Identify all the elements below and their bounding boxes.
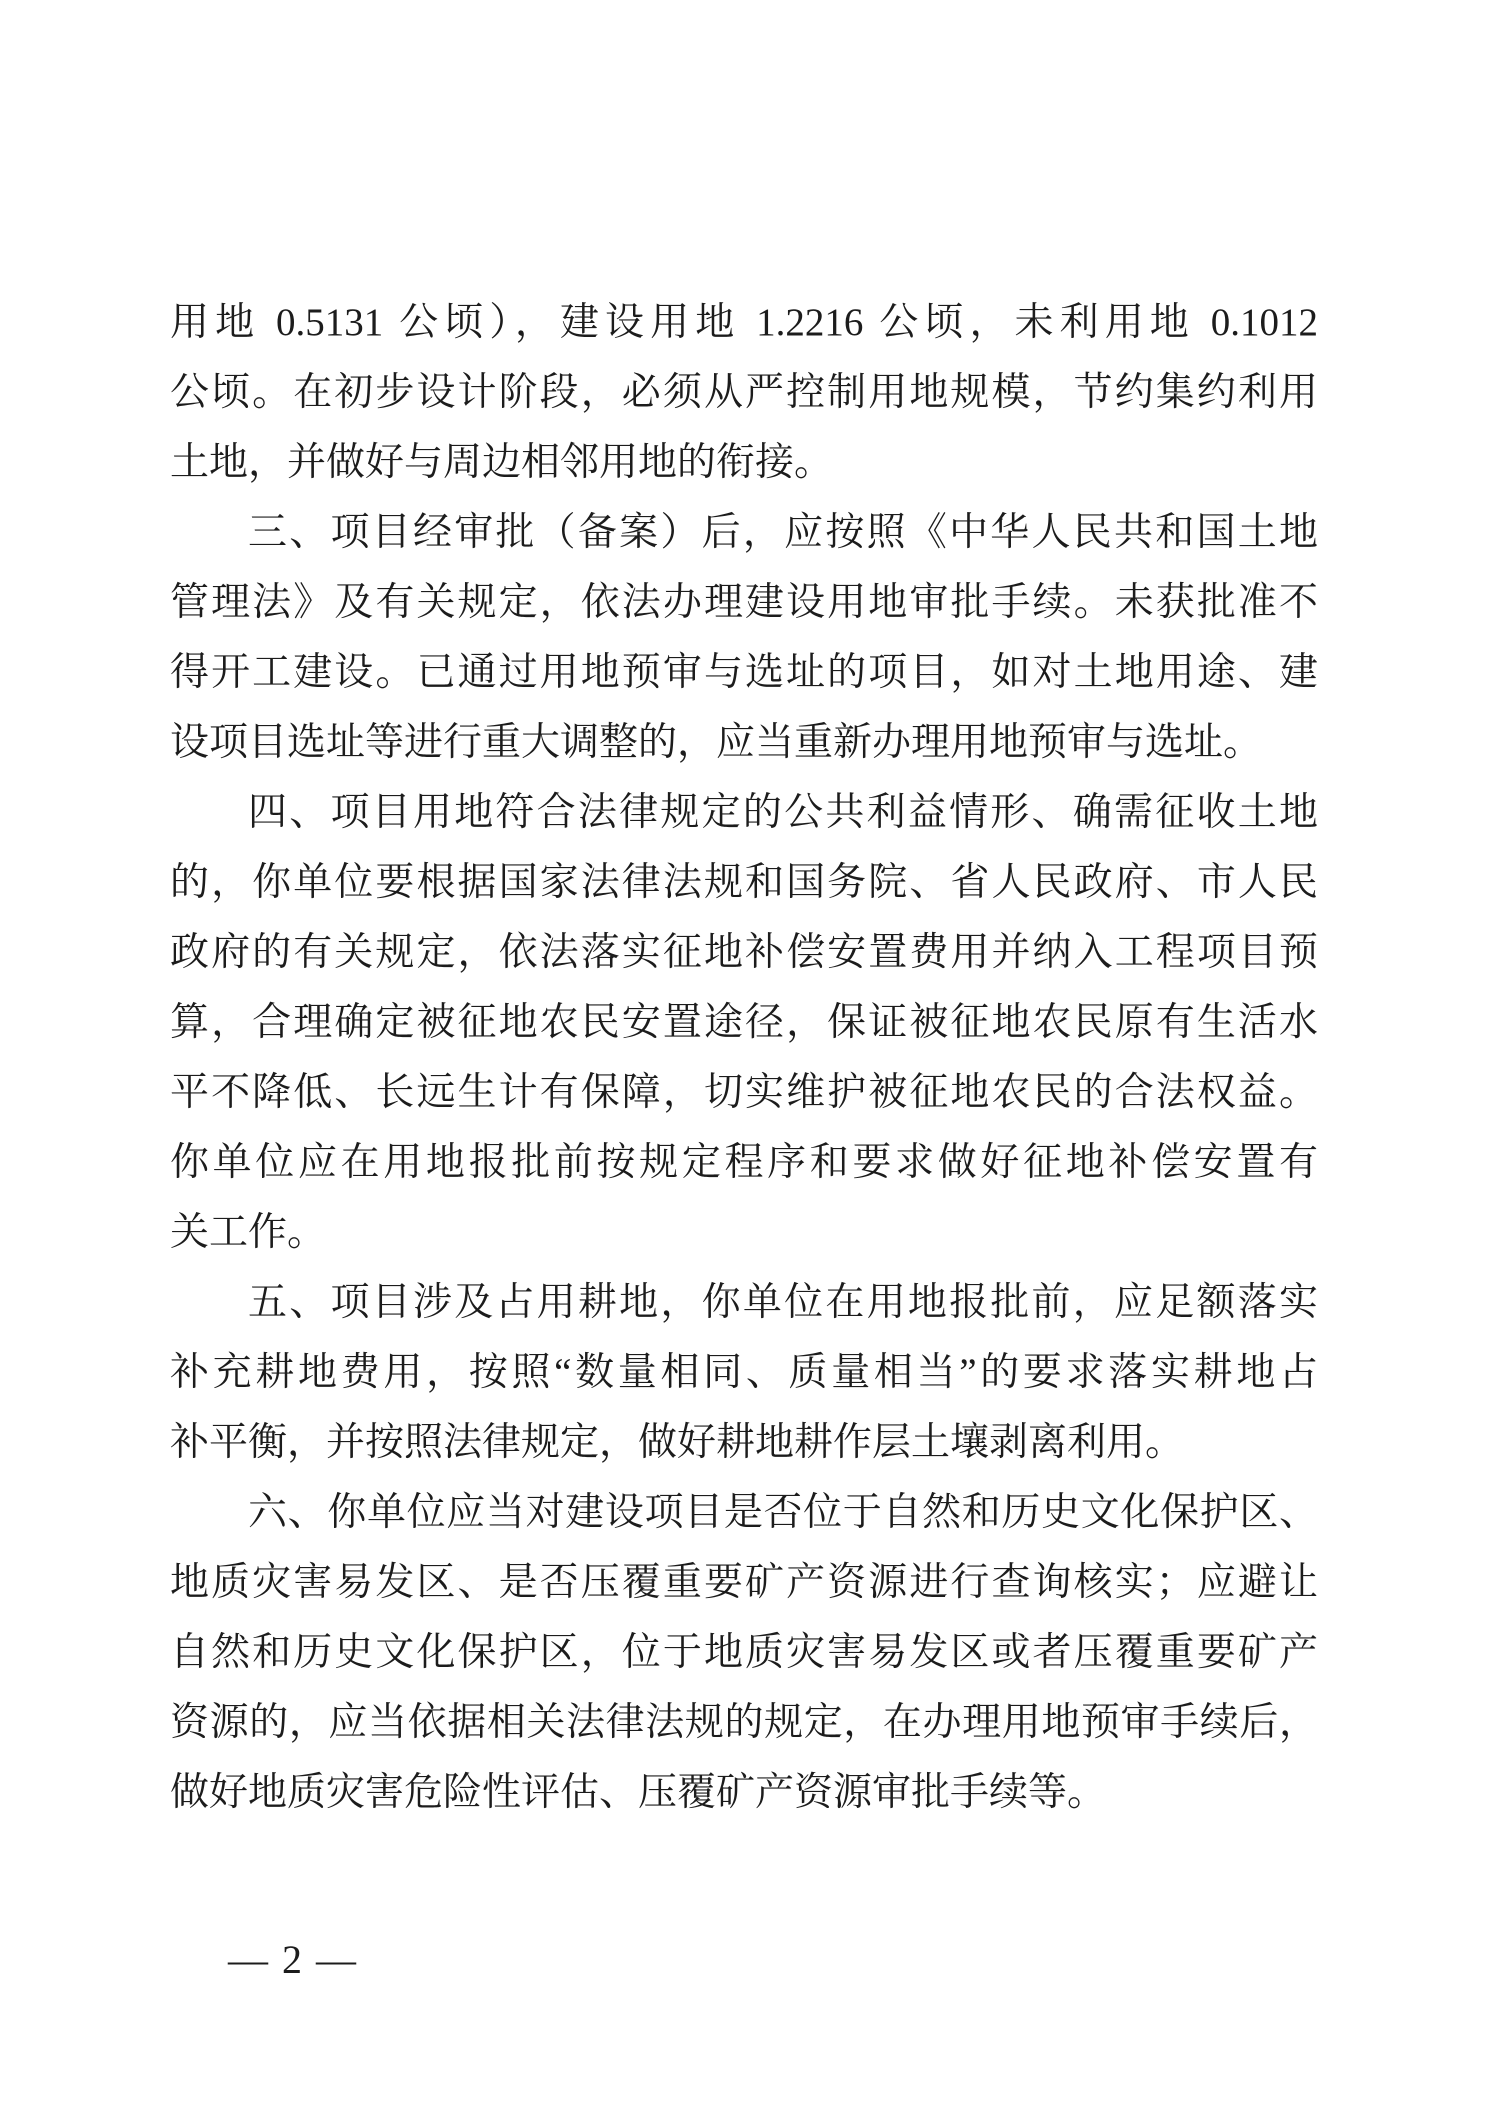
document-line: 土地，并做好与周边相邻用地的衔接。 [170,428,1318,498]
document-line: 用地 0.5131 公顷），建设用地 1.2216 公顷，未利用地 0.1012 [170,288,1318,358]
document-line: 四、项目用地符合法律规定的公共利益情形、确需征收土地 [170,778,1318,848]
document-line: 补充耕地费用，按照“数量相同、质量相当”的要求落实耕地占 [170,1338,1318,1408]
document-line: 自然和历史文化保护区，位于地质灾害易发区或者压覆重要矿产 [170,1618,1318,1688]
document-page: 用地 0.5131 公顷），建设用地 1.2216 公顷，未利用地 0.1012… [0,0,1488,2104]
document-line: 你单位应在用地报批前按规定程序和要求做好征地补偿安置有 [170,1128,1318,1198]
document-line: 五、项目涉及占用耕地，你单位在用地报批前，应足额落实 [170,1268,1318,1338]
document-line: 设项目选址等进行重大调整的，应当重新办理用地预审与选址。 [170,708,1318,778]
document-line: 资源的，应当依据相关法律法规的规定，在办理用地预审手续后， [170,1688,1318,1758]
document-line: 六、你单位应当对建设项目是否位于自然和历史文化保护区、 [170,1478,1318,1548]
document-line: 算，合理确定被征地农民安置途径，保证被征地农民原有生活水 [170,988,1318,1058]
document-line: 三、项目经审批（备案）后，应按照《中华人民共和国土地 [170,498,1318,568]
document-line: 做好地质灾害危险性评估、压覆矿产资源审批手续等。 [170,1758,1318,1828]
document-body: 用地 0.5131 公顷），建设用地 1.2216 公顷，未利用地 0.1012… [170,288,1318,1828]
document-line: 的，你单位要根据国家法律法规和国务院、省人民政府、市人民 [170,848,1318,918]
document-line: 公顷。在初步设计阶段，必须从严控制用地规模，节约集约利用 [170,358,1318,428]
document-line: 得开工建设。已通过用地预审与选址的项目，如对土地用途、建 [170,638,1318,708]
document-line: 平不降低、长远生计有保障，切实维护被征地农民的合法权益。 [170,1058,1318,1128]
page-number: — 2 — [228,1938,358,1982]
document-line: 地质灾害易发区、是否压覆重要矿产资源进行查询核实；应避让 [170,1548,1318,1618]
document-line: 管理法》及有关规定，依法办理建设用地审批手续。未获批准不 [170,568,1318,638]
document-line: 政府的有关规定，依法落实征地补偿安置费用并纳入工程项目预 [170,918,1318,988]
document-line: 关工作。 [170,1198,1318,1268]
document-line: 补平衡，并按照法律规定，做好耕地耕作层土壤剥离利用。 [170,1408,1318,1478]
